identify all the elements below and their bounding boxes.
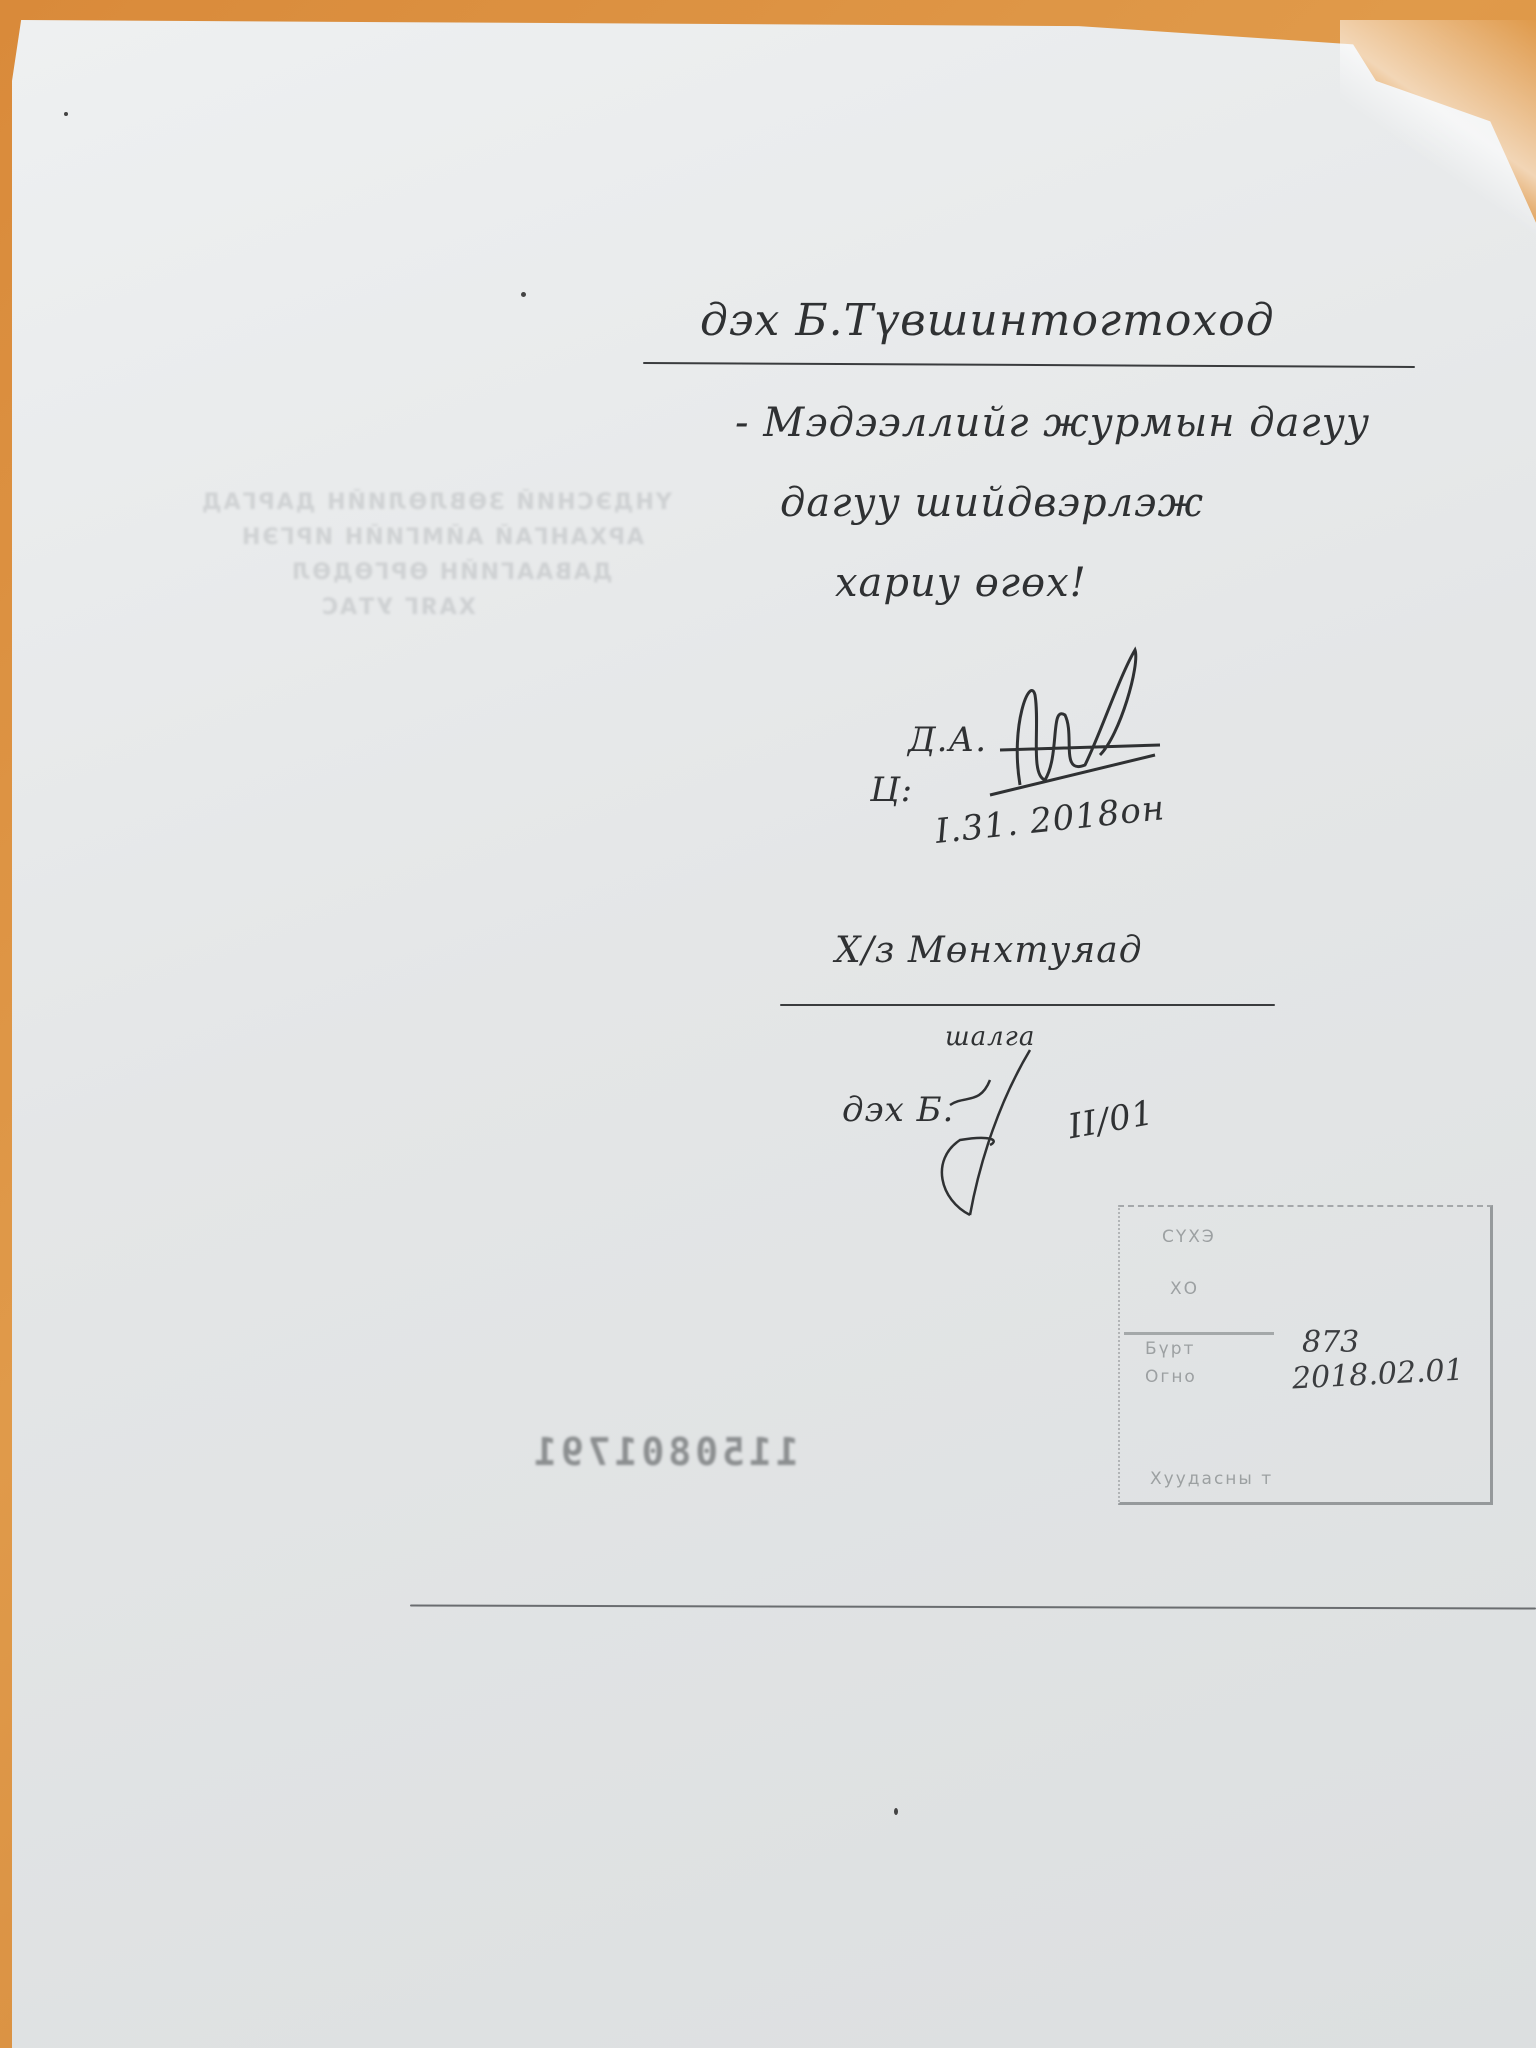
- ink-speck: [894, 1808, 898, 1815]
- bleed-through-line: ХАЯГ УТАС: [320, 595, 476, 620]
- stamp-divider: [1124, 1332, 1274, 1335]
- registration-stamp: СҮХЭ ХО Бүрт Огно Хуудасны т 873 2018.02…: [1118, 1205, 1493, 1505]
- stamp-label: Огно: [1145, 1367, 1197, 1387]
- signature-2: [930, 1040, 1050, 1220]
- second-note-addressee: Х/з Мөнхтуяад: [835, 930, 1143, 971]
- stamp-registration-number: 873: [1302, 1325, 1359, 1360]
- signature-1: [990, 635, 1170, 805]
- addressee-line: дэх Б.Түвшинтогтоход: [700, 295, 1275, 346]
- bleed-through-line: АРХАНГАЙ АЙМГИЙН ИРГЭН: [240, 525, 644, 550]
- bleed-through-number: 1150801791: [530, 1430, 799, 1474]
- stamp-date: 2018.02.01: [1291, 1353, 1464, 1397]
- ink-speck: [521, 292, 526, 297]
- instruction-line-3: хариу өгөх!: [835, 560, 1087, 606]
- stamp-label: Бүрт: [1145, 1339, 1195, 1359]
- signoff-mark: Ц:: [870, 770, 913, 810]
- stamp-label: СҮХЭ: [1162, 1227, 1216, 1247]
- instruction-line-2: дагуу шийдвэрлэж: [780, 480, 1204, 526]
- bleed-through-line: ҮНДЭСНИЙ ЗӨВЛӨЛИЙН ДАРГАД: [200, 490, 672, 515]
- second-note-underline: [780, 1004, 1275, 1006]
- ink-speck: [64, 112, 68, 116]
- stamp-label: Хуудасны т: [1150, 1469, 1273, 1489]
- bleed-through-line: ДАВААГИЙН ӨРГӨДӨЛ: [290, 560, 612, 585]
- stamp-label: ХО: [1170, 1279, 1199, 1299]
- signoff-initials: Д.А.: [908, 720, 987, 760]
- instruction-line-1: - Мэдээллийг журмын дагуу: [735, 400, 1370, 446]
